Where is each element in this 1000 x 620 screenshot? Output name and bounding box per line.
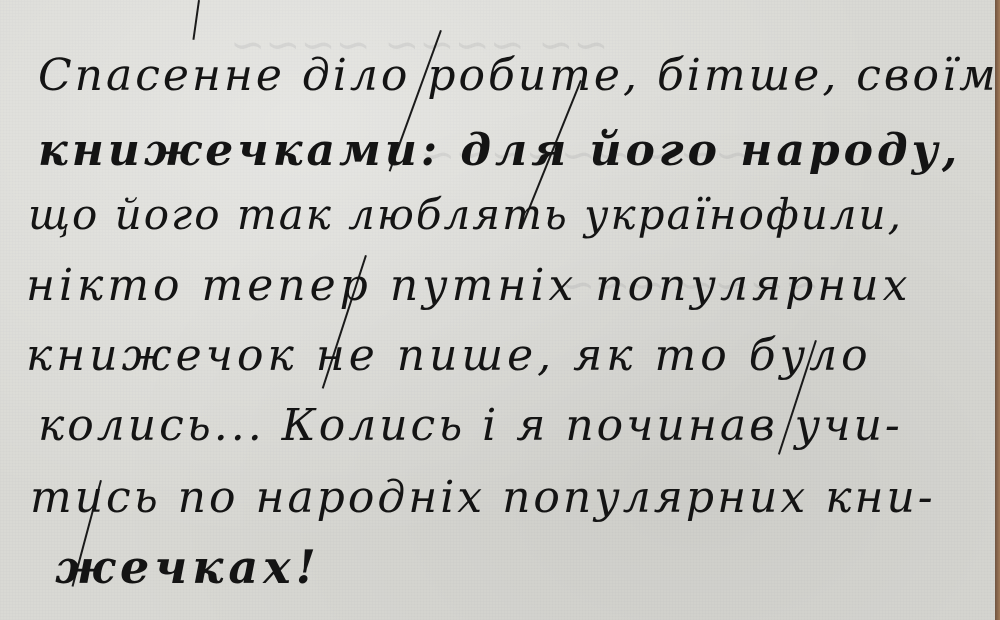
manuscript-photo: ~~ ~~~~ ~~~~ ~~~ ~~~~~~ ~~~~ ~~~ Спасенн…: [0, 0, 1000, 620]
manuscript-line-3: що його так люблять українофили,: [28, 190, 903, 239]
paper-sheet: ~~ ~~~~ ~~~~ ~~~ ~~~~~~ ~~~~ ~~~ Спасенн…: [0, 0, 995, 620]
desk-surface-edge: [995, 0, 1000, 620]
manuscript-line-7: тись по народніх популярних кни-: [30, 472, 936, 523]
pen-flourish: [192, 0, 200, 40]
manuscript-line-8: жечках!: [55, 540, 321, 594]
manuscript-line-4: нікто тепер путніх популярних: [26, 260, 911, 311]
manuscript-line-1: Спасенне діло робите, бітше, своїми: [38, 50, 1000, 101]
manuscript-line-2: книжечками: для його народу,: [38, 125, 961, 176]
manuscript-line-6: колись... Колись і я починав учи-: [38, 400, 903, 451]
manuscript-line-5: книжечок не пише, як то було: [26, 330, 872, 381]
